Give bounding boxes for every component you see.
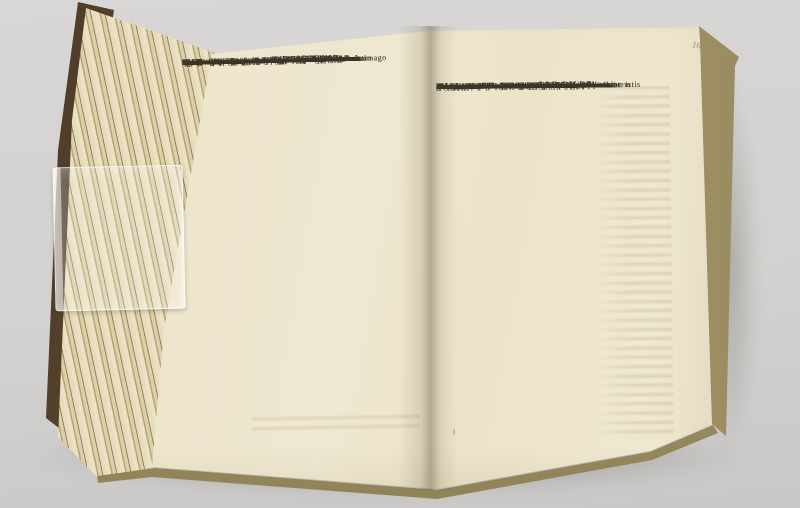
verse-text: Circulus hic idem retinet pede persea la…	[436, 80, 603, 91]
acrylic-page-weight	[53, 165, 186, 312]
photo-of-open-book: At qua cornipedem media uir fundit ab al…	[0, 0, 800, 508]
show-through-text-right-page	[592, 86, 674, 439]
signature-mark: i	[453, 427, 455, 436]
handwritten-folio-number: 16	[692, 40, 702, 51]
